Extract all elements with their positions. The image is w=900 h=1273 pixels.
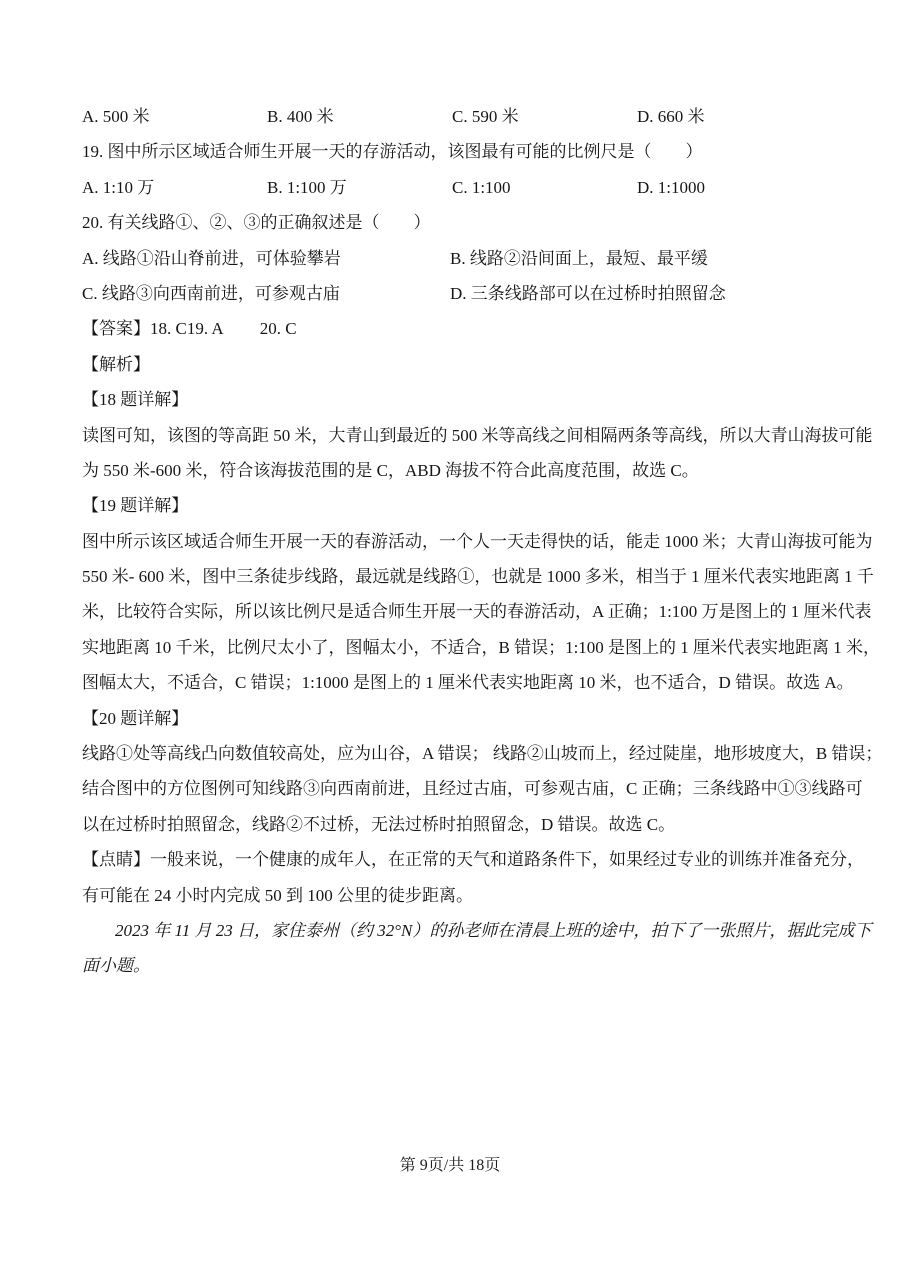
explanation-19-line: 图中所示该区域适合师生开展一天的春游活动，一个人一天走得快的话，能走 1000 … xyxy=(82,524,822,559)
q18-option-a: A. 500 米 xyxy=(82,99,267,134)
passage-line: 2023 年 11 月 23 日，家住泰州（约 32°N）的孙老师在清晨上班的途… xyxy=(82,913,822,948)
answer-q19: 19. A xyxy=(187,311,224,346)
q18-option-d: D. 660 米 xyxy=(637,99,822,134)
answer-label: 【答案】 xyxy=(82,311,150,346)
analysis-header: 【解析】 xyxy=(82,347,822,382)
answer-q20: 20. C xyxy=(260,311,297,346)
explanation-19-title: 【19 题详解】 xyxy=(82,488,822,523)
q19-option-d: D. 1:1000 xyxy=(637,170,822,205)
exam-page-content: A. 500 米 B. 400 米 C. 590 米 D. 660 米 19. … xyxy=(82,99,822,984)
question-20-stem: 20. 有关线路①、②、③的正确叙述是（ ） xyxy=(82,205,822,240)
q20-option-a: A. 线路①沿山脊前进，可体验攀岩 xyxy=(82,241,450,276)
q20-option-c: C. 线路③向西南前进，可参观古庙 xyxy=(82,276,450,311)
explanation-20-line: 以在过桥时拍照留念，线路②不过桥，无法过桥时拍照留念，D 错误。故选 C。 xyxy=(82,807,822,842)
explanation-18-title: 【18 题详解】 xyxy=(82,382,822,417)
question-20-options-row-1: A. 线路①沿山脊前进，可体验攀岩 B. 线路②沿间面上，最短、最平缓 xyxy=(82,241,822,276)
key-point-line: 【点睛】一般来说，一个健康的成年人，在正常的天气和道路条件下，如果经过专业的训练… xyxy=(82,842,822,877)
q18-option-c: C. 590 米 xyxy=(452,99,637,134)
answer-q18: 18. C xyxy=(150,311,187,346)
explanation-20-title: 【20 题详解】 xyxy=(82,701,822,736)
key-point-line: 有可能在 24 小时内完成 50 到 100 公里的徒步距离。 xyxy=(82,878,822,913)
page-number: 第 9页/共 18页 xyxy=(0,1148,900,1183)
explanation-19-line: 米，比较符合实际，所以该比例尺是适合师生开展一天的春游活动，A 正确；1:100… xyxy=(82,594,822,629)
explanation-19-line: 实地距离 10 千米，比例尺太小了，图幅太小，不适合，B 错误；1:100 是图… xyxy=(82,630,822,665)
question-19-options-row: A. 1:10 万 B. 1:100 万 C. 1:100 D. 1:1000 xyxy=(82,170,822,205)
q19-option-a: A. 1:10 万 xyxy=(82,170,267,205)
question-20-options-row-2: C. 线路③向西南前进，可参观古庙 D. 三条线路部可以在过桥时拍照留念 xyxy=(82,276,822,311)
passage-line: 面小题。 xyxy=(82,948,822,983)
explanation-19-line: 图幅太大，不适合，C 错误；1:1000 是图上的 1 厘米代表实地距离 10 … xyxy=(82,665,822,700)
q20-option-d: D. 三条线路部可以在过桥时拍照留念 xyxy=(450,276,822,311)
q19-option-b: B. 1:100 万 xyxy=(267,170,452,205)
q20-option-b: B. 线路②沿间面上，最短、最平缓 xyxy=(450,241,822,276)
question-18-options-row: A. 500 米 B. 400 米 C. 590 米 D. 660 米 xyxy=(82,99,822,134)
answer-line: 【答案】 18. C 19. A 20. C xyxy=(82,311,822,346)
explanation-18-line: 读图可知，该图的等高距 50 米，大青山到最近的 500 米等高线之间相隔两条等… xyxy=(82,418,822,453)
question-19-stem: 19. 图中所示区域适合师生开展一天的存游活动，该图最有可能的比例尺是（ ） xyxy=(82,134,822,169)
explanation-20-line: 线路①处等高线凸向数值较高处，应为山谷，A 错误； 线路②山坡而上，经过陡崖，地… xyxy=(82,736,822,771)
q18-option-b: B. 400 米 xyxy=(267,99,452,134)
explanation-19-line: 550 米- 600 米，图中三条徒步线路，最远就是线路①，也就是 1000 多… xyxy=(82,559,822,594)
explanation-20-line: 结合图中的方位图例可知线路③向西南前进，且经过古庙，可参观古庙，C 正确；三条线… xyxy=(82,771,822,806)
explanation-18-line: 为 550 米-600 米，符合该海拔范围的是 C，ABD 海拔不符合此高度范围… xyxy=(82,453,822,488)
q19-option-c: C. 1:100 xyxy=(452,170,637,205)
